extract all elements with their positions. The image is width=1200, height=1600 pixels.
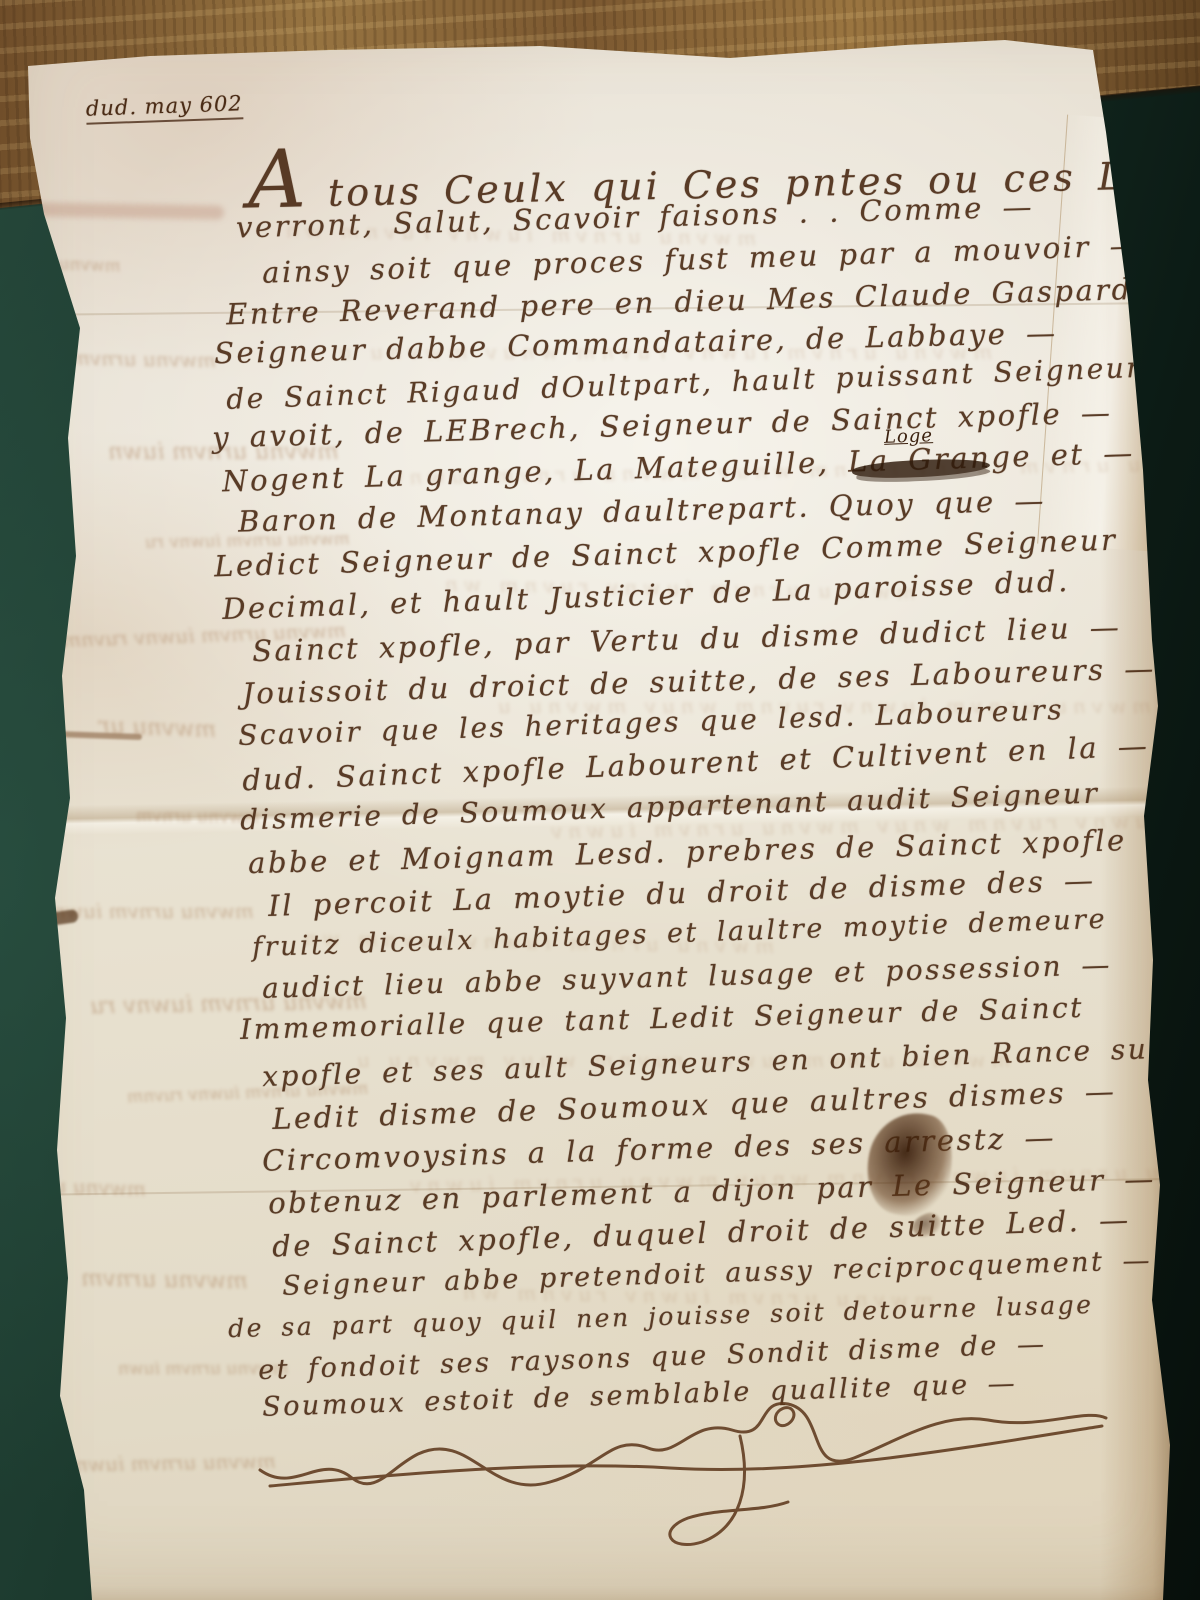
pink-stain bbox=[34, 202, 224, 219]
margin-annotation: dud. may 602 bbox=[86, 93, 244, 124]
interlinear-correction: Loge bbox=[884, 427, 934, 447]
ink-blot-stain bbox=[858, 1104, 962, 1223]
photo-scene: dud. may 602 mwvnu urmwvnu urnvm mwvnu u… bbox=[0, 0, 1200, 1600]
paraph-flourish bbox=[240, 1390, 1120, 1570]
bleedthrough-mark: mwvnu urnvm bbox=[71, 346, 216, 373]
bleedthrough-mark: mwvnu urnvm bbox=[81, 1266, 248, 1295]
manuscript-paper: dud. may 602 mwvnu urmwvnu urnvm mwvnu u… bbox=[0, 0, 1200, 1600]
bleedthrough-mark: mwvnu urnvm iuwn bbox=[53, 899, 254, 923]
